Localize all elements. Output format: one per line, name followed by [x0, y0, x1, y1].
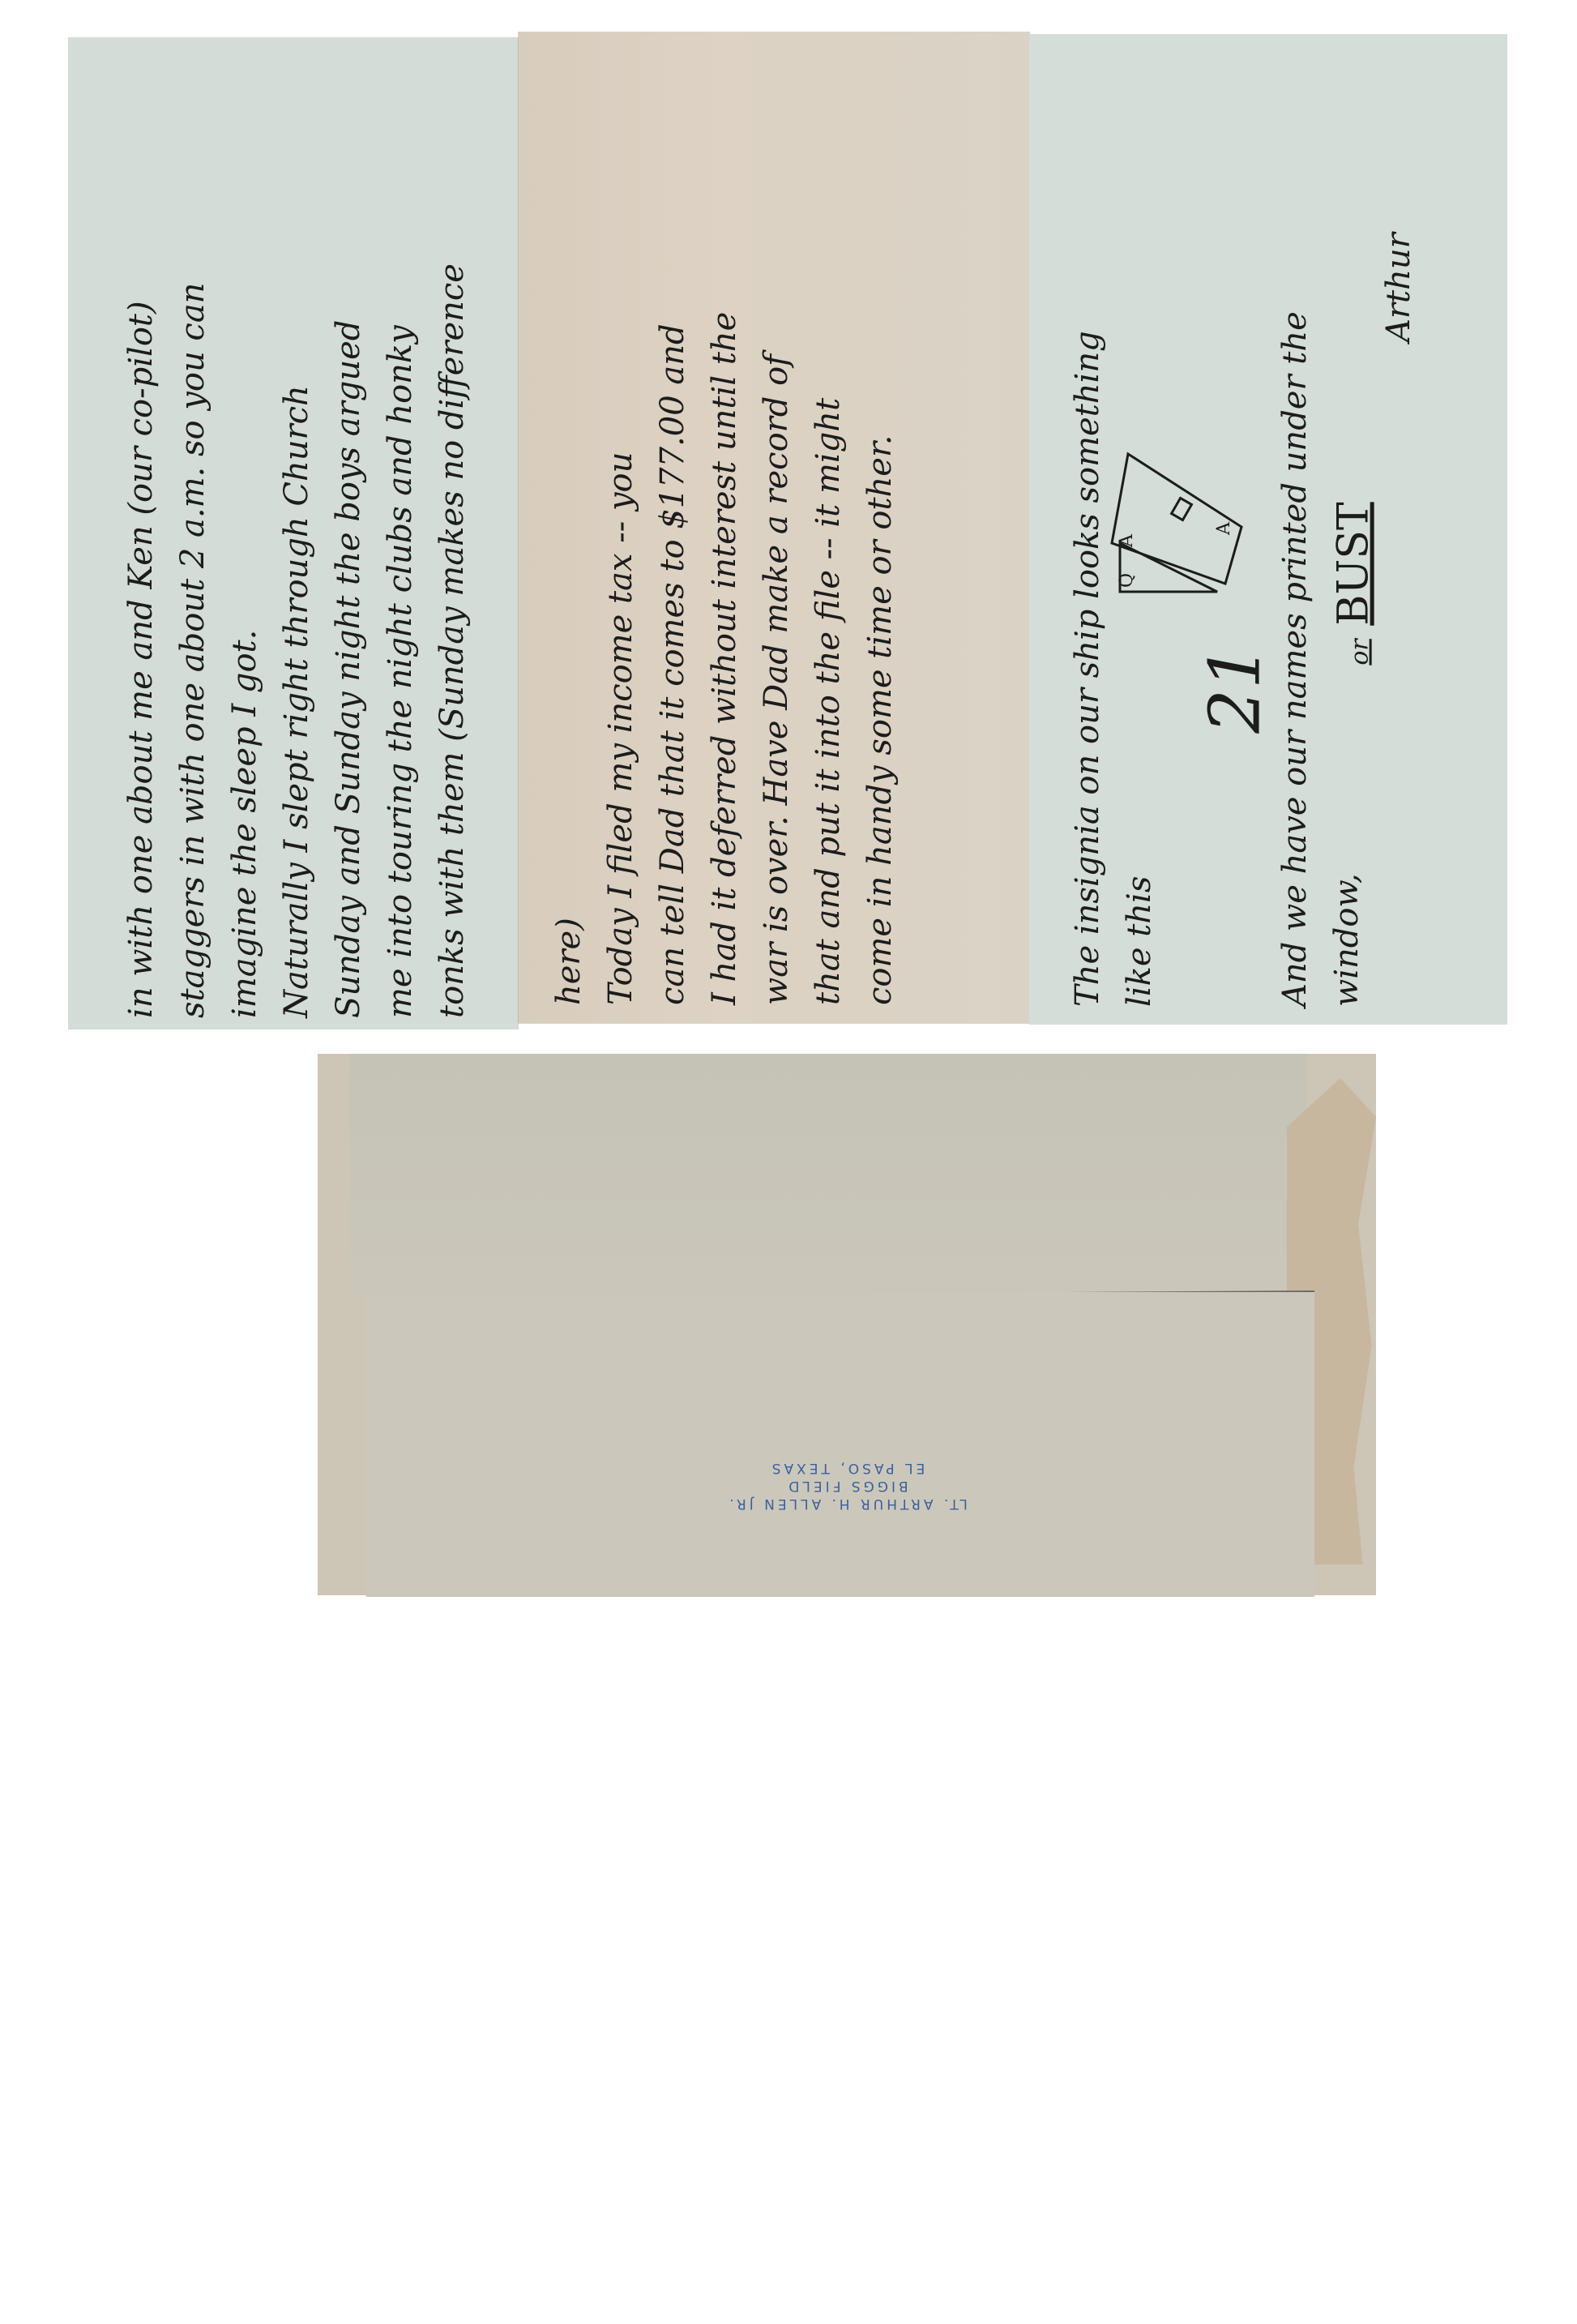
return-address-city: EL PASO, TEXAS	[318, 1460, 1376, 1476]
text-line: Today I filed my income tax -- you	[595, 312, 647, 1005]
text-line: I had it deferred without interest until…	[699, 312, 750, 1005]
text-line	[1217, 233, 1269, 1007]
text-line: Sunday and Sunday night the boys argued	[323, 263, 374, 1018]
text-line: come in handy some time or other.	[854, 312, 906, 1005]
envelope-interior	[350, 1054, 1306, 1297]
text-line: like this	[1113, 233, 1165, 1007]
svg-text:A: A	[1117, 533, 1137, 548]
letter-sheet: in with one about me and Ken (our co-pil…	[68, 34, 1507, 1029]
letter-panel-middle: here) Today I filed my income tax -- you…	[519, 32, 1029, 1023]
insignia-caption: or BUST	[1330, 502, 1378, 665]
text-line: And we have our names printed under the	[1269, 233, 1321, 1007]
playing-cards-sketch-icon: A A Q	[1096, 422, 1258, 600]
text-line: in with one about me and Ken (our co-pil…	[115, 263, 167, 1018]
signature: Arthur	[1373, 233, 1425, 1007]
text-line	[1165, 233, 1217, 1007]
text-line: war is over. Have Dad make a record of	[750, 312, 802, 1005]
text-line: Naturally I slept right through Church	[271, 263, 323, 1018]
insignia-bust: BUST	[1330, 502, 1378, 625]
text-line: me into touring the night clubs and honk…	[374, 263, 426, 1018]
envelope-back: LT. ARTHUR H. ALLEN JR. BIGGS FIELD EL P…	[318, 1054, 1376, 1595]
text-line: here)	[543, 312, 595, 1005]
return-address-name: LT. ARTHUR H. ALLEN JR.	[318, 1496, 1376, 1512]
handwritten-text-block: here) Today I filed my income tax -- you…	[543, 312, 906, 1005]
return-address-base: BIGGS FIELD	[318, 1478, 1376, 1494]
insignia-number: 21	[1195, 644, 1276, 733]
letter-panel-left: in with one about me and Ken (our co-pil…	[68, 37, 519, 1029]
handwritten-text-block: in with one about me and Ken (our co-pil…	[115, 263, 478, 1018]
text-line: The insignia on our ship looks something	[1062, 233, 1113, 1007]
text-line: staggers in with one about 2 a.m. so you…	[167, 263, 219, 1018]
text-line: tonks with them (Sunday makes no differe…	[426, 263, 478, 1018]
text-line: that and put it into the file -- it migh…	[802, 312, 854, 1005]
text-line: imagine the sleep I got.	[219, 263, 271, 1018]
envelope-flap	[366, 1290, 1314, 1597]
text-line: can tell Dad that it comes to $177.00 an…	[647, 312, 699, 1005]
insignia-or: or	[1346, 639, 1374, 665]
svg-text:Q: Q	[1117, 573, 1137, 588]
svg-text:A: A	[1214, 521, 1234, 536]
